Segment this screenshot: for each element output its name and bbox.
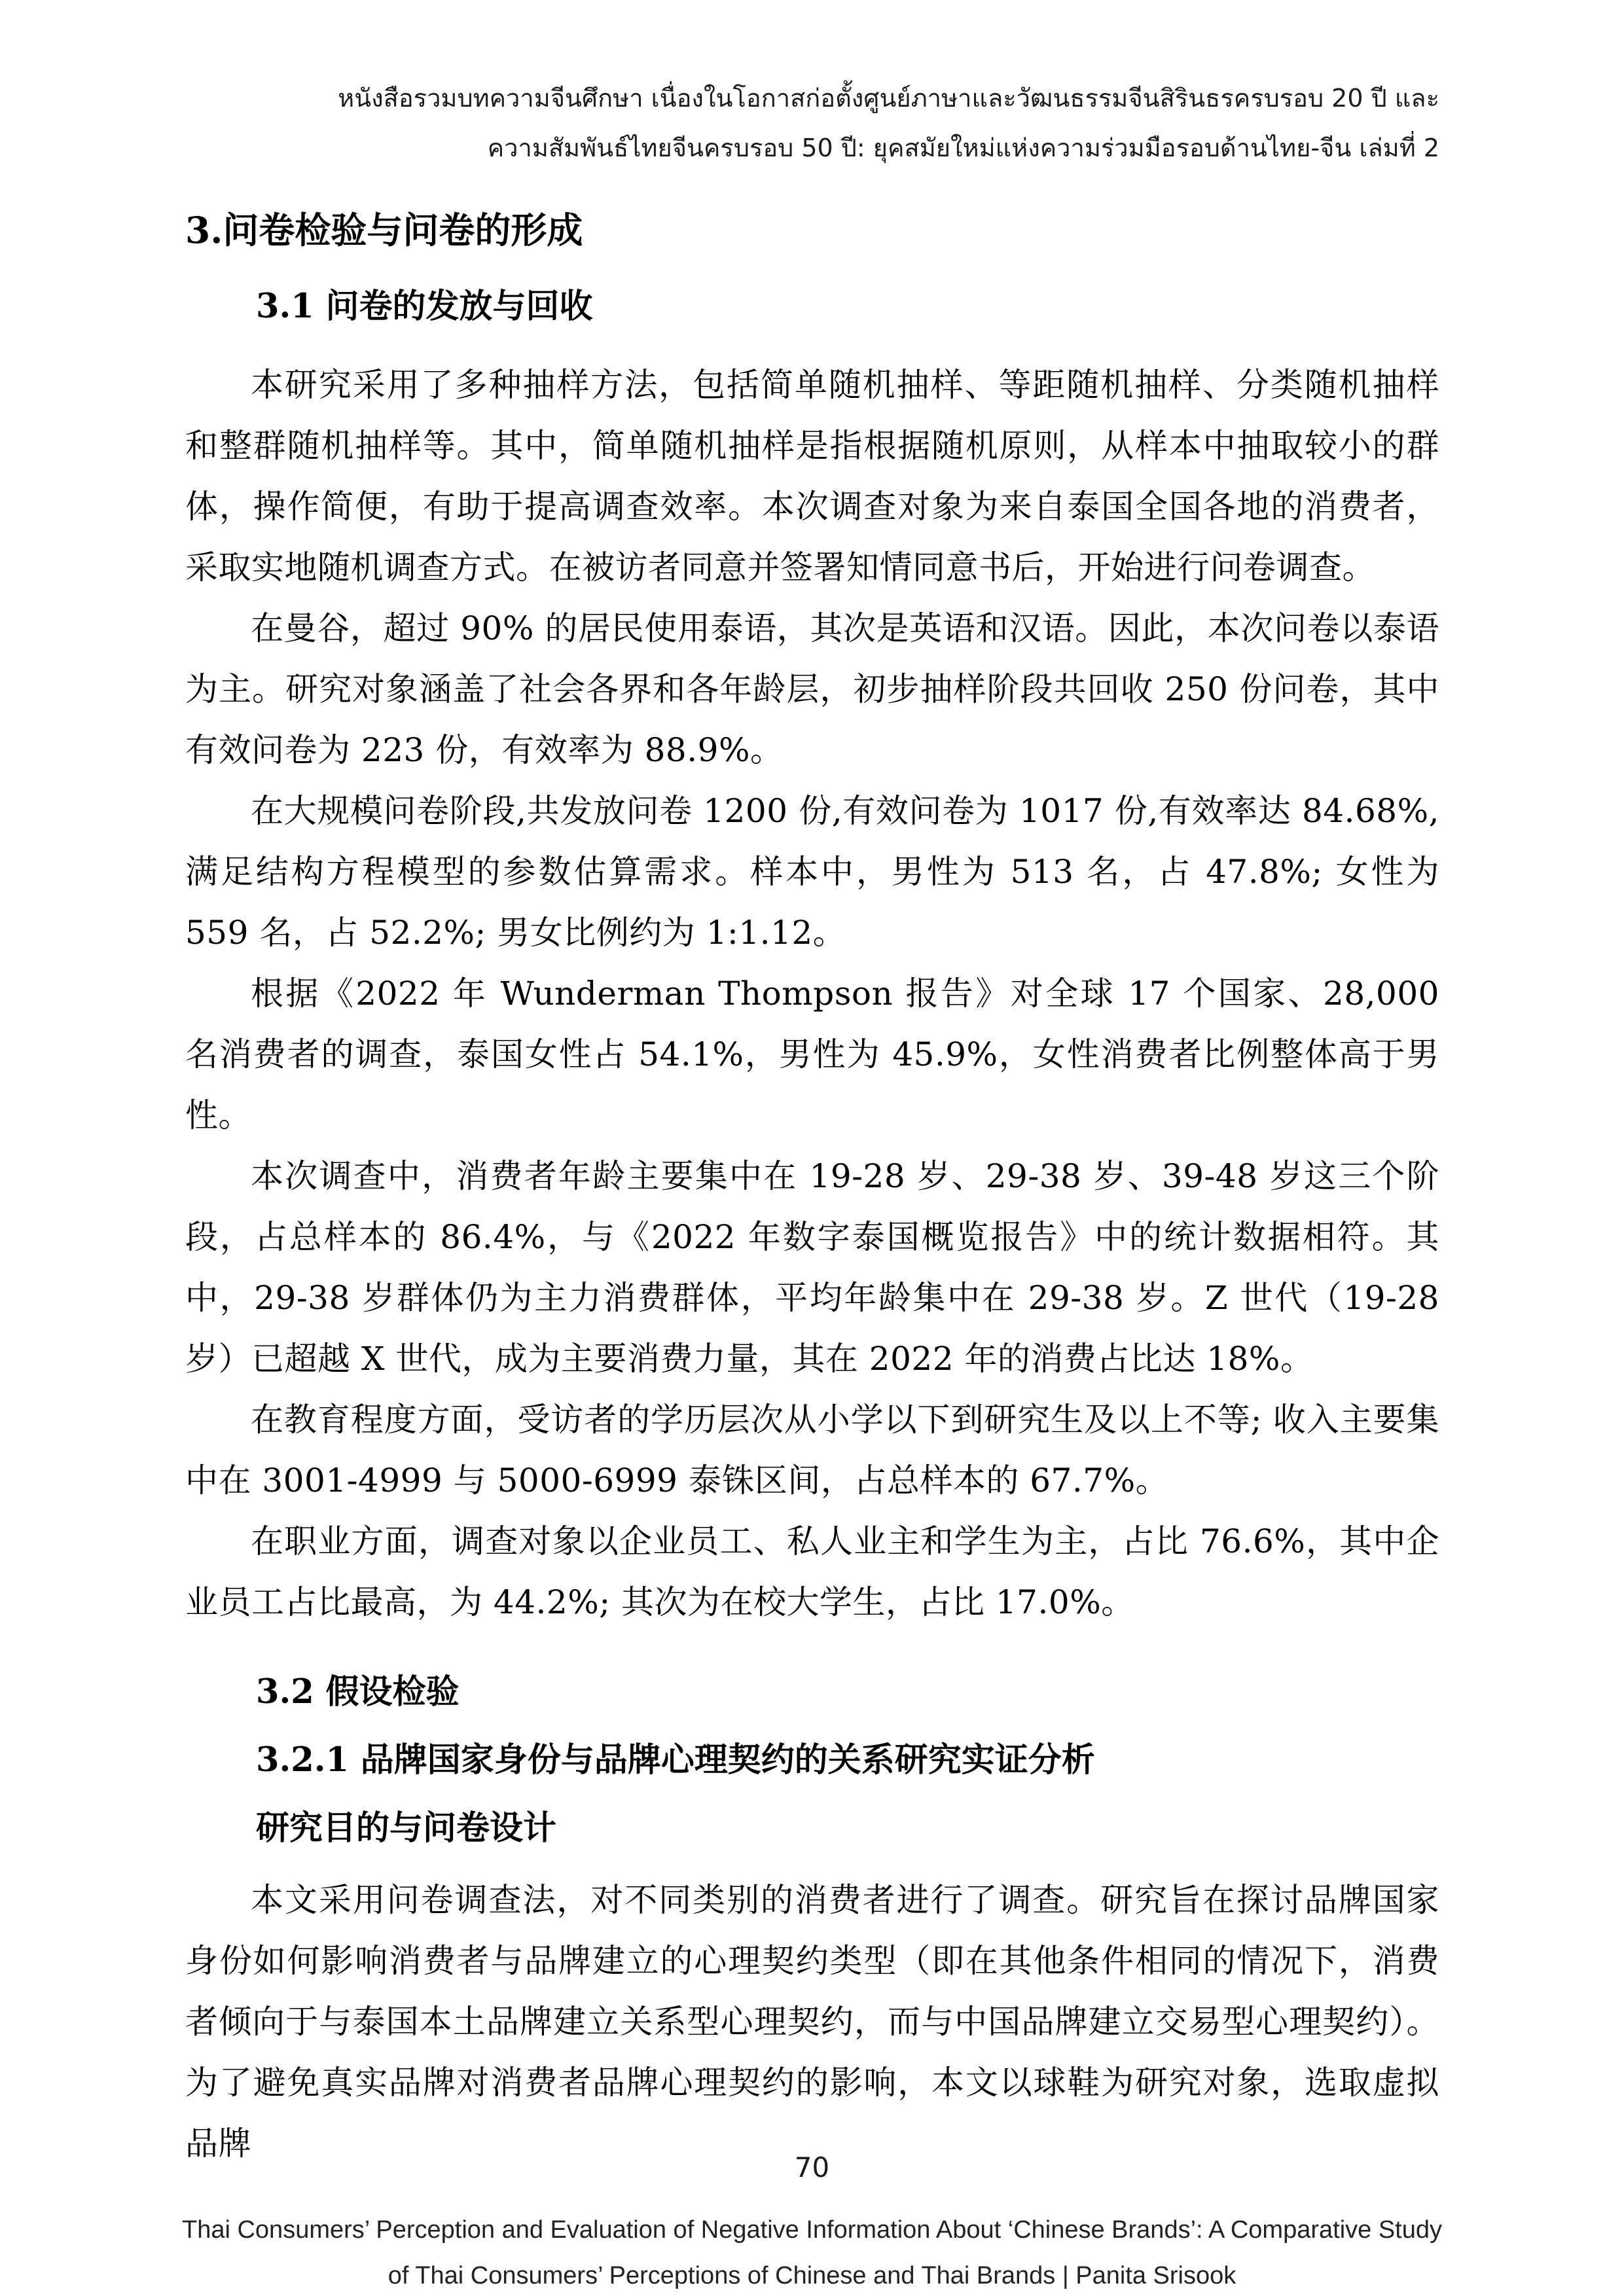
subsection-heading-3-1: 3.1 问卷的发放与回收: [256, 283, 1439, 330]
document-body: 3.问卷检验与问卷的形成 3.1 问卷的发放与回收 本研究采用了多种抽样方法，包…: [185, 207, 1439, 2174]
paragraph-education-income: 在教育程度方面，受访者的学历层次从小学以下到研究生及以上不等; 收入主要集中在 …: [185, 1390, 1439, 1511]
subsection-heading-3-2: 3.2 假设检验: [256, 1668, 1439, 1715]
footer-title-line-1: Thai Consumers’ Perception and Evaluatio…: [0, 2207, 1624, 2253]
paragraph-sampling-methods: 本研究采用了多种抽样方法，包括简单随机抽样、等距随机抽样、分类随机抽样和整群随机…: [185, 355, 1439, 598]
subsection-heading-3-2-1: 3.2.1 品牌国家身份与品牌心理契约的关系研究实证分析: [256, 1736, 1439, 1784]
paragraph-bangkok-pilot: 在曼谷，超过 90% 的居民使用泰语，其次是英语和汉语。因此，本次问卷以泰语为主…: [185, 598, 1439, 781]
paragraph-large-scale-survey: 在大规模问卷阶段,共发放问卷 1200 份,有效问卷为 1017 份,有效率达 …: [185, 781, 1439, 963]
page-number: 70: [0, 2152, 1624, 2183]
paragraph-occupation: 在职业方面，调查对象以企业员工、私人业主和学生为主，占比 76.6%，其中企业员…: [185, 1511, 1439, 1633]
design-heading: 研究目的与问卷设计: [256, 1804, 1439, 1852]
paragraph-wunderman-thompson: 根据《2022 年 Wunderman Thompson 报告》对全球 17 个…: [185, 963, 1439, 1146]
section-heading: 3.问卷检验与问卷的形成: [185, 207, 1439, 254]
paragraph-age-distribution: 本次调查中，消费者年龄主要集中在 19-28 岁、29-38 岁、39-48 岁…: [185, 1146, 1439, 1390]
footer-title-line-2: of Thai Consumers’ Perceptions of Chines…: [0, 2253, 1624, 2296]
document-page: หนังสือรวมบทความจีนศึกษา เนื่องในโอกาสก่…: [0, 0, 1624, 2296]
running-header-line-1: หนังสือรวมบทความจีนศึกษา เนื่องในโอกาสก่…: [185, 73, 1439, 123]
running-header-line-2: ความสัมพันธ์ไทยจีนครบรอบ 50 ปี: ยุคสมัยใ…: [185, 123, 1439, 173]
paragraph-research-design: 本文采用问卷调查法，对不同类别的消费者进行了调查。研究旨在探讨品牌国家身份如何影…: [185, 1870, 1439, 2174]
page-footer: 70 Thai Consumers’ Perception and Evalua…: [0, 2152, 1624, 2296]
running-header: หนังสือรวมบทความจีนศึกษา เนื่องในโอกาสก่…: [185, 73, 1439, 173]
